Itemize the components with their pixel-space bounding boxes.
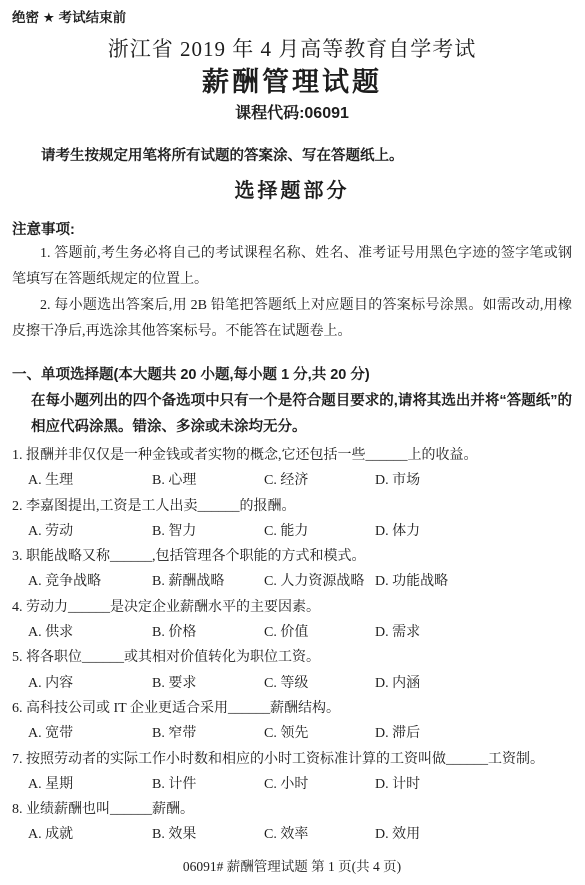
page-footer: 06091# 薪酬管理试题 第 1 页(共 4 页) — [12, 858, 572, 876]
option-c: C. 效率 — [264, 822, 375, 847]
question-list: 1. 报酬并非仅仅是一种金钱或者实物的概念,它还包括一些______上的收益。 … — [12, 443, 572, 848]
option-row: A. 星期 B. 计件 C. 小时 D. 计时 — [28, 772, 572, 797]
option-row: A. 供求 B. 价格 C. 价值 D. 需求 — [28, 620, 572, 645]
question-2: 2. 李嘉图提出,工资是工人出卖______的报酬。 A. 劳动 B. 智力 C… — [12, 494, 572, 545]
question-text: 3. 职能战略又称______,包括管理各个职能的方式和模式。 — [12, 544, 572, 569]
notice-heading: 注意事项: — [12, 220, 572, 240]
option-d: D. 体力 — [375, 519, 572, 544]
option-row: A. 内容 B. 要求 C. 等级 D. 内涵 — [28, 671, 572, 696]
option-row: A. 竞争战略 B. 薪酬战略 C. 人力资源战略 D. 功能战略 — [28, 569, 572, 594]
question-3: 3. 职能战略又称______,包括管理各个职能的方式和模式。 A. 竞争战略 … — [12, 544, 572, 595]
option-row: A. 劳动 B. 智力 C. 能力 D. 体力 — [28, 519, 572, 544]
option-b: B. 智力 — [152, 519, 264, 544]
option-a: A. 劳动 — [28, 519, 152, 544]
option-c: C. 等级 — [264, 671, 375, 696]
question-6: 6. 高科技公司或 IT 企业更适合采用______薪酬结构。 A. 宽带 B.… — [12, 696, 572, 747]
option-b: B. 心理 — [152, 468, 264, 493]
question-text: 6. 高科技公司或 IT 企业更适合采用______薪酬结构。 — [12, 696, 572, 721]
option-d: D. 效用 — [375, 822, 572, 847]
option-b: B. 窄带 — [152, 721, 264, 746]
option-b: B. 效果 — [152, 822, 264, 847]
option-d: D. 滞后 — [375, 721, 572, 746]
option-a: A. 生理 — [28, 468, 152, 493]
option-d: D. 市场 — [375, 468, 572, 493]
option-c: C. 人力资源战略 — [264, 569, 375, 594]
exam-title: 浙江省 2019 年 4 月高等教育自学考试 — [12, 37, 572, 61]
secrecy-label: 绝密 ★ 考试结束前 — [12, 9, 572, 26]
question-4: 4. 劳动力______是决定企业薪酬水平的主要因素。 A. 供求 B. 价格 … — [12, 595, 572, 646]
question-text: 2. 李嘉图提出,工资是工人出卖______的报酬。 — [12, 494, 572, 519]
notice-item-1: 1. 答题前,考生务必将自己的考试课程名称、姓名、准考证号用黑色字迹的签字笔或钢… — [12, 241, 572, 292]
question-5: 5. 将各职位______或其相对价值转化为职位工资。 A. 内容 B. 要求 … — [12, 645, 572, 696]
option-b: B. 价格 — [152, 620, 264, 645]
question-1: 1. 报酬并非仅仅是一种金钱或者实物的概念,它还包括一些______上的收益。 … — [12, 443, 572, 494]
option-b: B. 计件 — [152, 772, 264, 797]
option-a: A. 星期 — [28, 772, 152, 797]
question-text: 4. 劳动力______是决定企业薪酬水平的主要因素。 — [12, 595, 572, 620]
question-8: 8. 业绩薪酬也叫______薪酬。 A. 成就 B. 效果 C. 效率 D. … — [12, 797, 572, 848]
option-a: A. 竞争战略 — [28, 569, 152, 594]
option-a: A. 成就 — [28, 822, 152, 847]
option-c: C. 小时 — [264, 772, 375, 797]
option-d: D. 功能战略 — [375, 569, 572, 594]
option-a: A. 供求 — [28, 620, 152, 645]
notice-item-2: 2. 每小题选出答案后,用 2B 铅笔把答题纸上对应题目的答案标号涂黑。如需改动… — [12, 293, 572, 344]
option-row: A. 生理 B. 心理 C. 经济 D. 市场 — [28, 468, 572, 493]
mcq-instruction: 在每小题列出的四个备选项中只有一个是符合题目要求的,请将其选出并将“答题纸”的相… — [31, 388, 572, 440]
question-text: 7. 按照劳动者的实际工作小时数和相应的小时工资标准计算的工资叫做______工… — [12, 747, 572, 772]
option-row: A. 成就 B. 效果 C. 效率 D. 效用 — [28, 822, 572, 847]
section-title: 选择题部分 — [12, 179, 572, 203]
option-c: C. 领先 — [264, 721, 375, 746]
option-row: A. 宽带 B. 窄带 C. 领先 D. 滞后 — [28, 721, 572, 746]
exam-paper-page: 绝密 ★ 考试结束前 浙江省 2019 年 4 月高等教育自学考试 薪酬管理试题… — [0, 0, 585, 876]
option-d: D. 计时 — [375, 772, 572, 797]
question-text: 5. 将各职位______或其相对价值转化为职位工资。 — [12, 645, 572, 670]
option-c: C. 能力 — [264, 519, 375, 544]
mcq-section-heading: 一、单项选择题(本大题共 20 小题,每小题 1 分,共 20 分) — [12, 365, 572, 385]
option-a: A. 内容 — [28, 671, 152, 696]
course-code: 课程代码:06091 — [12, 104, 572, 124]
question-text: 8. 业绩薪酬也叫______薪酬。 — [12, 797, 572, 822]
paper-title: 薪酬管理试题 — [12, 67, 572, 97]
option-a: A. 宽带 — [28, 721, 152, 746]
option-d: D. 需求 — [375, 620, 572, 645]
answer-sheet-instruction: 请考生按规定用笔将所有试题的答案涂、写在答题纸上。 — [12, 146, 572, 166]
option-c: C. 经济 — [264, 468, 375, 493]
option-d: D. 内涵 — [375, 671, 572, 696]
question-7: 7. 按照劳动者的实际工作小时数和相应的小时工资标准计算的工资叫做______工… — [12, 747, 572, 798]
option-b: B. 薪酬战略 — [152, 569, 264, 594]
option-c: C. 价值 — [264, 620, 375, 645]
option-b: B. 要求 — [152, 671, 264, 696]
question-text: 1. 报酬并非仅仅是一种金钱或者实物的概念,它还包括一些______上的收益。 — [12, 443, 572, 468]
